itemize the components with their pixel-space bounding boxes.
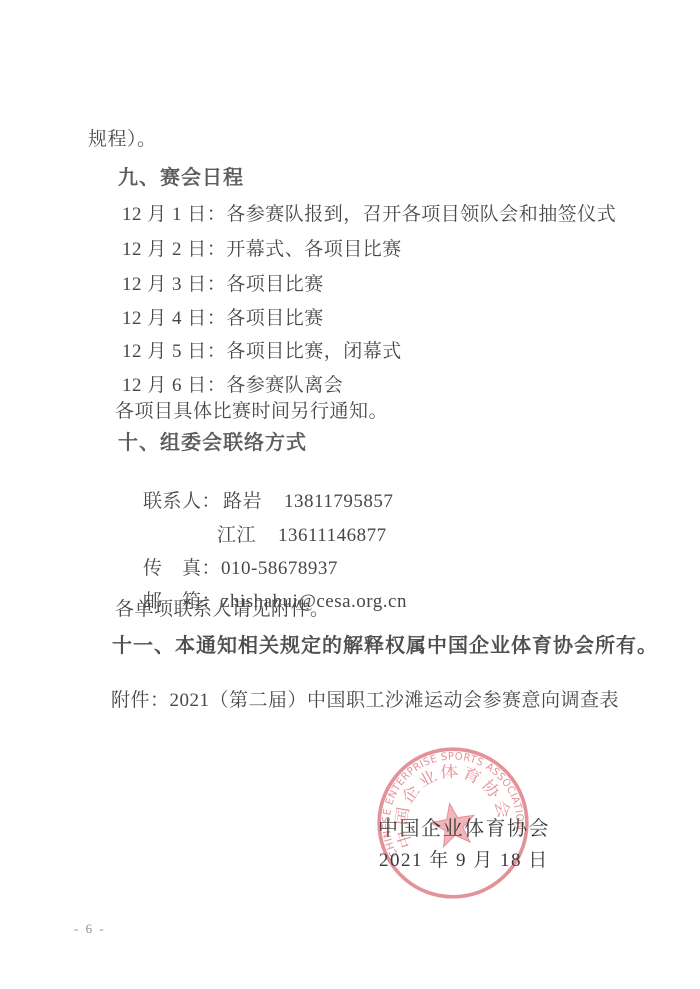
schedule-item: 12 月 5 日：各项目比赛，闭幕式 (122, 340, 402, 364)
contact-note: 各单项联系人请见附件。 (115, 598, 330, 622)
section-10-heading: 十、组委会联络方式 (118, 431, 307, 455)
section-9-heading: 九、赛会日程 (118, 166, 244, 190)
signature-date: 2021 年 9 月 18 日 (379, 845, 549, 872)
schedule-item: 12 月 3 日：各项目比赛 (122, 273, 324, 297)
page-number: - 6 - (74, 921, 106, 937)
schedule-item: 12 月 4 日：各项目比赛 (122, 307, 324, 331)
schedule-note: 各项目具体比赛时间另行通知。 (115, 400, 388, 424)
document-page: 规程）。 九、赛会日程 12 月 1 日：各参赛队报到，召开各项目领队会和抽签仪… (0, 0, 700, 989)
schedule-item: 12 月 1 日：各参赛队报到，召开各项目领队会和抽签仪式 (122, 203, 616, 227)
attachment-line: 附件：2021（第二届）中国职工沙滩运动会参赛意向调查表 (111, 689, 619, 713)
section-11-text: 十一、本通知相关规定的解释权属中国企业体育协会所有。 (112, 634, 658, 658)
signature-org: 中国企业体育协会 (378, 812, 550, 841)
schedule-item: 12 月 2 日：开幕式、各项目比赛 (122, 238, 402, 262)
schedule-item: 12 月 6 日：各参赛队离会 (122, 374, 343, 398)
intro-tail-text: 规程）。 (88, 128, 157, 152)
